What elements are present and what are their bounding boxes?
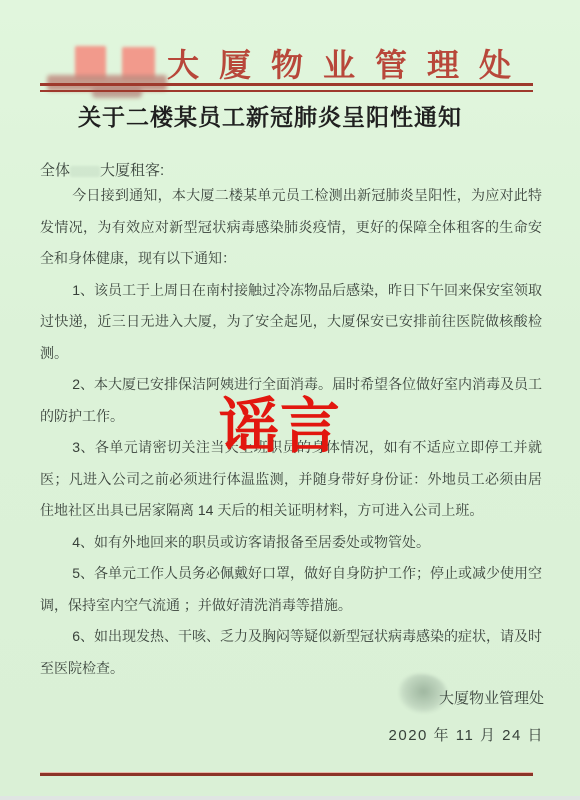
salutation-suffix: 大厦租客: <box>100 162 164 179</box>
photo-edge <box>0 796 580 800</box>
salutation: 全体大厦租客: <box>40 159 164 180</box>
notice-paragraph: 1、该员工于上周日在南村接触过冷冻物品后感染，昨日下午回来保安室领取过快递，近三… <box>40 275 542 370</box>
redaction-smudge <box>70 166 100 177</box>
signature-date: 2020 年 11 月 24 日 <box>389 724 544 745</box>
signature-org: 大厦物业管理处 <box>439 687 544 708</box>
notice-title: 关于二楼某员工新冠肺炎呈阳性通知 <box>0 99 540 132</box>
rumor-watermark: 谣言 <box>219 392 341 461</box>
notice-paragraph: 4、如有外地回来的职员或访客请报备至居委处或物管处。 <box>40 527 542 559</box>
letterhead-divider <box>40 83 533 92</box>
letterhead-org-name: 大厦物业管理处 <box>167 40 531 86</box>
notice-paragraph: 6、如出现发热、干咳、乏力及胸闷等疑似新型冠状病毒感染的症状，请及时至医院检查。 <box>40 621 542 684</box>
notice-paragraph: 5、各单元工作人员务必佩戴好口罩，做好自身防护工作；停止或减少使用空调，保持室内… <box>40 558 542 621</box>
notice-paragraph: 今日接到通知，本大厦二楼某单元员工检测出新冠肺炎呈阳性，为应对此特发情况，为有效… <box>40 180 542 275</box>
salutation-prefix: 全体 <box>40 162 70 179</box>
notice-document: 大厦物业管理处 关于二楼某员工新冠肺炎呈阳性通知 全体大厦租客: 今日接到通知，… <box>0 0 580 800</box>
footer-divider <box>40 772 533 776</box>
